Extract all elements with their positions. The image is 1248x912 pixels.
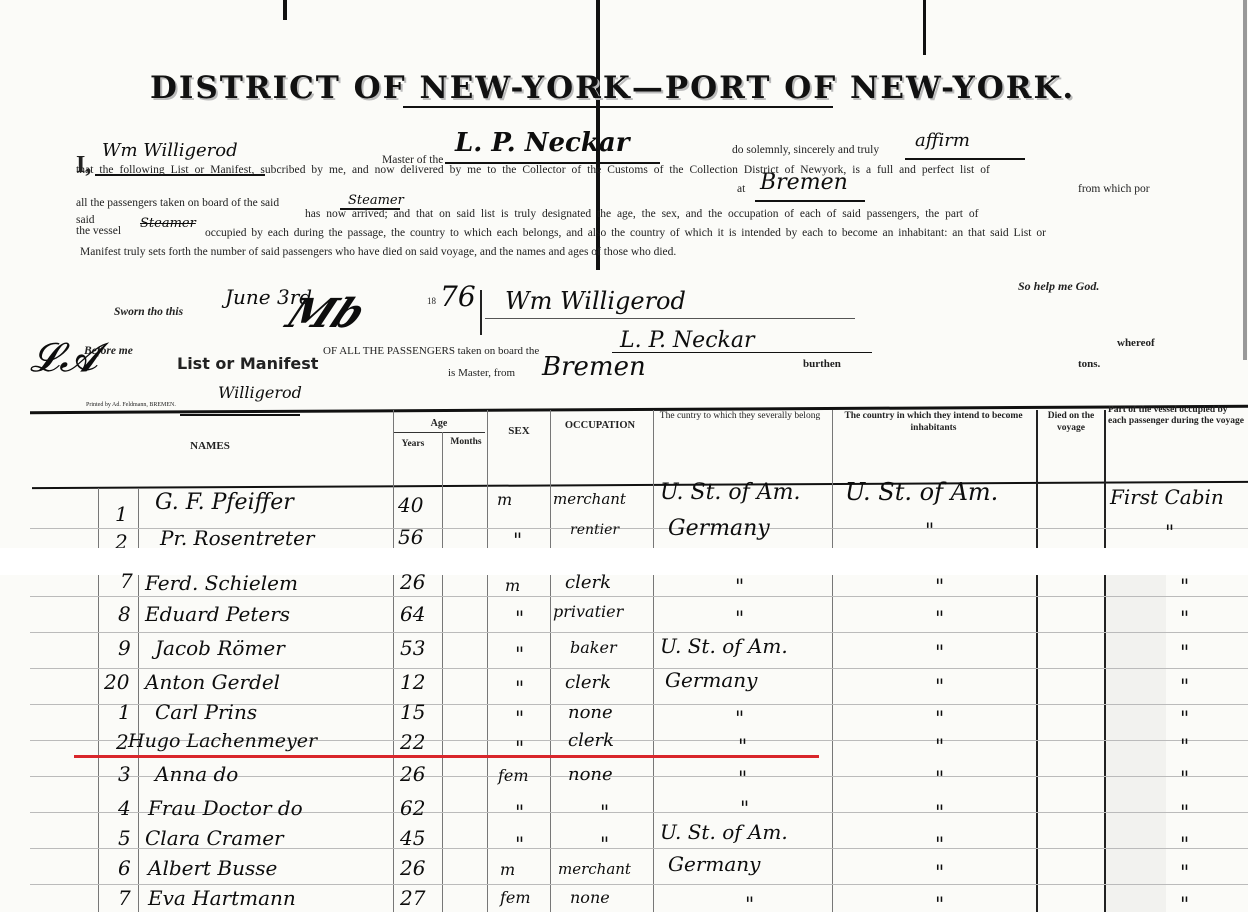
- age-years: 40: [398, 493, 423, 517]
- passenger-name: Anna do: [155, 762, 238, 786]
- occupation: ": [600, 832, 609, 856]
- fold-line-right: [923, 0, 926, 55]
- binding-mark: [283, 0, 287, 20]
- is-master-from-label: is Master, from: [448, 366, 515, 380]
- sex: ": [515, 706, 524, 730]
- country-belong: ": [738, 766, 747, 790]
- col-line-names-right: [393, 410, 394, 912]
- highlight-underline: [74, 755, 819, 758]
- passenger-name: Eduard Peters: [145, 602, 290, 626]
- sworn-label: Sworn tho this: [114, 305, 183, 319]
- country-belong: U. St. of Am.: [660, 820, 788, 844]
- part-of-vessel: ": [1180, 800, 1189, 824]
- age-years: 26: [400, 570, 425, 594]
- occupation: rentier: [570, 522, 619, 538]
- passenger-name: Pr. Rosentreter: [160, 526, 314, 550]
- header-sex: SEX: [490, 425, 548, 437]
- header-bottom-rule: [32, 481, 1248, 489]
- affirm-underline: [905, 158, 1025, 160]
- part-of-vessel: ": [1180, 832, 1189, 856]
- row-number: 2: [116, 730, 129, 754]
- passenger-name: Eva Hartmann: [148, 886, 296, 910]
- occupation: merchant: [553, 490, 626, 508]
- declarant-name: Wm Willigerod: [102, 140, 238, 161]
- age-years: 45: [400, 826, 425, 850]
- country-belong: ": [735, 606, 744, 630]
- row-number: 7: [120, 569, 133, 593]
- passenger-name: Carl Prins: [155, 700, 257, 724]
- page-edge: [1243, 0, 1247, 360]
- do-solemnly-label: do solemnly, sincerely and truly: [732, 143, 879, 157]
- col-line-belong-right: [832, 410, 833, 912]
- passenger-name: Clara Cramer: [145, 826, 284, 850]
- sex: ": [515, 832, 524, 856]
- tons-label: tons.: [1078, 357, 1100, 371]
- table-top-rule-2: [180, 414, 300, 416]
- row-rule: [30, 884, 1248, 885]
- occupation: none: [570, 888, 610, 907]
- died-column-shade: [1106, 575, 1166, 912]
- signature-underline: [485, 318, 855, 319]
- country-intend: ": [935, 766, 944, 790]
- row-rule: [30, 632, 1248, 633]
- part-of-vessel: ": [1180, 574, 1189, 598]
- occupation: clerk: [565, 672, 611, 693]
- part-of-vessel: ": [1180, 674, 1189, 698]
- country-intend: ": [935, 606, 944, 630]
- country-belong: Germany: [665, 668, 757, 692]
- ship-name-2-underline: [612, 352, 872, 353]
- passenger-name: Hugo Lachenmeyer: [128, 730, 317, 752]
- occupation: clerk: [568, 730, 614, 751]
- part-of-vessel: ": [1180, 606, 1189, 630]
- row-number: 1: [118, 700, 131, 724]
- part-of-vessel: ": [1180, 860, 1189, 884]
- header-part-of-vessel: Part of the vessel occupied by each pass…: [1108, 405, 1248, 427]
- passenger-name: Anton Gerdel: [145, 670, 280, 694]
- age-years: 22: [400, 730, 425, 754]
- row-number: 8: [118, 602, 131, 626]
- sex: ": [515, 800, 524, 824]
- part-of-vessel: ": [1180, 640, 1189, 664]
- row-number: 6: [118, 856, 131, 880]
- oath-line-2: that the following List or Manifest, sub…: [76, 163, 990, 177]
- row-rule: [30, 596, 1248, 597]
- country-belong: ": [735, 574, 744, 598]
- affirm-word: affirm: [915, 130, 970, 151]
- sex: fem: [500, 888, 531, 907]
- ship-name: L. P. Neckar: [455, 128, 629, 158]
- passenger-name: G. F. Pfeiffer: [155, 490, 294, 515]
- country-intend: ": [935, 674, 944, 698]
- passenger-name: Ferd. Schielem: [145, 571, 298, 595]
- header-country-intend: The country in which they intend to beco…: [836, 410, 1031, 434]
- sex: ": [515, 642, 524, 666]
- age-years: 27: [400, 886, 425, 910]
- col-line-sex-right: [550, 410, 551, 912]
- row-number: 7: [118, 886, 131, 910]
- part-of-vessel: ": [1180, 892, 1189, 912]
- oath-line-4b: occupied by each during the passage, the…: [205, 226, 1046, 240]
- witness-signature: 𝓛𝓐: [30, 335, 98, 381]
- oath-line-4a: the vessel: [76, 224, 121, 238]
- printer-imprint: Printed by Ad. Feldmann, BREMEN.: [86, 401, 176, 409]
- part-of-vessel: ": [1165, 520, 1174, 544]
- country-intend: ": [935, 892, 944, 912]
- passenger-name: Frau Doctor do: [148, 796, 303, 820]
- col-line-months-right: [487, 410, 488, 912]
- country-belong: ": [745, 892, 754, 912]
- page-title: DISTRICT OF NEW-YORK—PORT OF NEW-YORK.: [150, 70, 1090, 106]
- ship-name-2: L. P. Neckar: [620, 328, 754, 353]
- col-line-intend-right: [1036, 410, 1038, 912]
- year-prefix: 18: [427, 294, 436, 308]
- part-of-vessel: ": [1180, 734, 1189, 758]
- country-belong: U. St. of Am.: [660, 480, 801, 505]
- part-of-vessel: ": [1180, 706, 1189, 730]
- list-or-manifest-heading: List or Manifest: [177, 355, 318, 373]
- oath-line-5: Manifest truly sets forth the number of …: [80, 245, 676, 259]
- country-intend: ": [935, 734, 944, 758]
- header-age: Age: [393, 418, 485, 430]
- country-intend: ": [935, 832, 944, 856]
- at-label: at: [737, 182, 745, 196]
- country-intend: ": [935, 800, 944, 824]
- occupation: privatier: [553, 602, 623, 621]
- row-number: 5: [118, 826, 131, 850]
- country-intend: ": [935, 860, 944, 884]
- sex: m: [505, 576, 520, 595]
- from-port: Bremen: [542, 352, 646, 382]
- header-names: NAMES: [150, 440, 270, 452]
- country-intend: ": [935, 574, 944, 598]
- col-line-occupation-right: [653, 410, 654, 912]
- port-bremen: Bremen: [760, 170, 848, 195]
- title-rule: [403, 106, 833, 108]
- row-number: 20: [104, 670, 129, 694]
- age-subheader-rule: [393, 432, 485, 433]
- country-belong: ": [735, 706, 744, 730]
- manifest-page: DISTRICT OF NEW-YORK—PORT OF NEW-YORK. I…: [0, 0, 1248, 912]
- country-intend: ": [935, 640, 944, 664]
- row-number: 9: [118, 636, 131, 660]
- master-signature: Wm Willigerod: [505, 287, 686, 315]
- age-years: 15: [400, 700, 425, 724]
- vessel-type-1: Steamer: [348, 193, 404, 208]
- occupation: none: [568, 764, 613, 785]
- row-number: 1: [115, 502, 128, 526]
- passenger-name: Jacob Römer: [155, 636, 285, 660]
- row-number: 3: [118, 762, 131, 786]
- occupation: ": [600, 800, 609, 824]
- sex: ": [515, 606, 524, 630]
- row-rule: [30, 668, 1248, 669]
- oath-line-3b: has now arrived; and that on said list i…: [305, 207, 978, 221]
- passenger-name: Albert Busse: [148, 856, 277, 880]
- age-years: 62: [400, 796, 425, 820]
- age-years: 56: [398, 525, 423, 549]
- vessel-type-2: Steamer: [140, 216, 196, 231]
- col-line-years-right: [442, 432, 443, 912]
- age-years: 12: [400, 670, 425, 694]
- age-years: 64: [400, 602, 425, 626]
- occupation: baker: [570, 638, 617, 657]
- row-number: 4: [118, 796, 131, 820]
- header-country-belong: The cuntry to which they severally belon…: [655, 410, 825, 422]
- part-of-vessel: First Cabin: [1110, 485, 1224, 509]
- country-belong: ": [740, 796, 749, 820]
- age-years: 53: [400, 636, 425, 660]
- signature-divider: [480, 290, 482, 335]
- country-belong: U. St. of Am.: [660, 634, 788, 658]
- burthen-label: burthen: [803, 357, 841, 371]
- occupation: clerk: [565, 572, 611, 593]
- part-of-vessel: ": [1180, 766, 1189, 790]
- header-occupation: OCCUPATION: [550, 420, 650, 432]
- header-months: Months: [445, 436, 487, 448]
- country-intend: U. St. of Am.: [845, 478, 998, 506]
- sex: fem: [498, 766, 529, 785]
- whereof-label: whereof: [1117, 336, 1155, 350]
- country-intend: ": [925, 518, 934, 542]
- from-which-por-label: from which por: [1078, 182, 1150, 196]
- port-underline: [755, 200, 865, 202]
- age-years: 26: [400, 856, 425, 880]
- of-all-passengers-label: OF ALL THE PASSENGERS taken on board the: [323, 344, 539, 358]
- so-help-me-god: So help me God.: [1018, 279, 1099, 293]
- master-name-small: Willigerod: [218, 383, 302, 402]
- sex: m: [500, 860, 515, 879]
- occupation: merchant: [558, 860, 631, 878]
- header-died: Died on the voyage: [1040, 410, 1102, 434]
- year-suffix: 76: [440, 280, 476, 313]
- country-intend: ": [935, 706, 944, 730]
- oath-line-3a: all the passengers taken on board of the…: [76, 196, 279, 210]
- header-years: Years: [393, 438, 433, 450]
- sex: m: [497, 490, 512, 509]
- age-years: 26: [400, 762, 425, 786]
- sex: ": [515, 676, 524, 700]
- country-belong: Germany: [668, 516, 770, 541]
- country-belong: Germany: [668, 852, 760, 876]
- occupation: none: [568, 702, 613, 723]
